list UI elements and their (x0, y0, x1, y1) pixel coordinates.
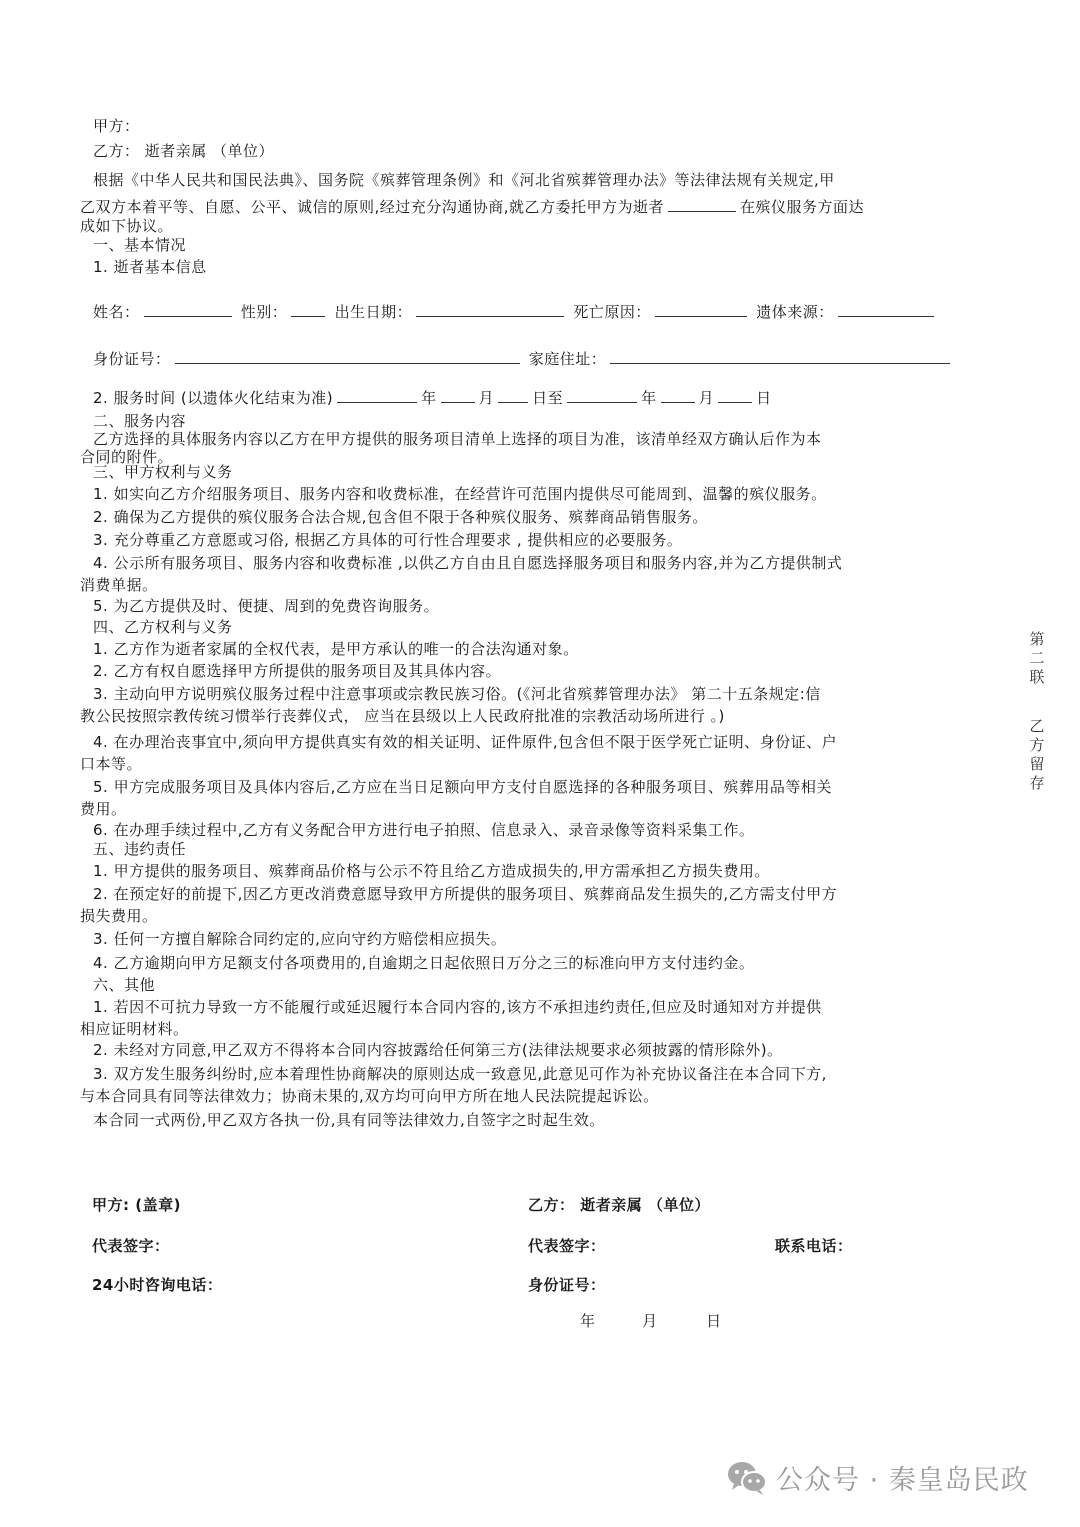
year-label: 年 (421, 389, 437, 407)
section-4-item-4-cont: 口本等。 (80, 754, 142, 774)
section-6-item-2: 2. 未经对方同意,甲乙双方不得将本合同内容披露给任何第三方(法律法规要求必须披… (93, 1040, 783, 1060)
section-3-item-3: 3. 充分尊重乙方意愿或习俗, 根据乙方具体的可行性合理要求 , 提供相应的必要… (93, 530, 682, 550)
side-char: 第 (1028, 630, 1046, 649)
section-3-item-5: 5. 为乙方提供及时、便捷、周到的免费咨询服务。 (93, 596, 439, 616)
section-6-item-1-cont: 相应证明材料。 (80, 1019, 189, 1039)
side-char: 方 (1028, 736, 1046, 755)
day-to-label: 日至 (532, 389, 563, 407)
id-number-blank (175, 347, 520, 364)
intro-line-2-after: 在殡仪服务方面达 (740, 198, 864, 216)
section-3-item-4-cont: 消费单据。 (80, 575, 158, 595)
day-label-2: 日 (756, 389, 772, 407)
sign-id-number: 身份证号： (528, 1275, 606, 1295)
id-number-label: 身份证号： (93, 350, 171, 368)
section-4-item-2: 2. 乙方有权自愿选择甲方所提供的服务项目及其具体内容。 (93, 661, 501, 681)
watermark-text: 公众号 · 秦皇岛民政 (776, 1458, 1029, 1497)
service-time-label: 2. 服务时间 (以遗体火化结束为准) (93, 389, 333, 407)
date-month: 月 (642, 1312, 658, 1330)
hotline-label: 24小时咨询电话： (92, 1275, 222, 1295)
section-2-line-1: 乙方选择的具体服务内容以乙方在甲方提供的服务项目清单上选择的项目为准，该清单经双… (93, 429, 822, 449)
section-6-item-3-cont: 与本合同具有同等法律效力；协商未果的,双方均可向甲方所在地人民法院提起诉讼。 (80, 1086, 659, 1106)
section-5-item-2: 2. 在预定好的前提下,因乙方更改消费意愿导致甲方所提供的服务项目、殡葬商品发生… (93, 884, 837, 904)
sign-rep-b: 代表签字： (528, 1236, 606, 1256)
date-year: 年 (580, 1312, 596, 1330)
sign-date: 年 月 日 (580, 1311, 722, 1331)
section-6-title: 六、其他 (93, 975, 155, 995)
month-label: 月 (479, 389, 495, 407)
end-day-blank (718, 386, 752, 403)
month-label-2: 月 (699, 389, 715, 407)
gender-label: 性别： (241, 303, 288, 321)
section-3-title: 三、甲方权利与义务 (93, 462, 233, 482)
deceased-name-blank (668, 195, 736, 212)
sign-party-b: 乙方： 逝者亲属 （单位） (528, 1195, 710, 1215)
section-3-item-2: 2. 确保为乙方提供的殡仪服务合法合规,包含但不限于各种殡仪服务、殡葬商品销售服… (93, 507, 708, 527)
section-4-item-5-cont: 费用。 (80, 799, 127, 819)
wechat-watermark: 公众号 · 秦皇岛民政 (726, 1458, 1029, 1497)
date-day: 日 (706, 1312, 722, 1330)
closing-statement: 本合同一式两份,甲乙双方各执一份,具有同等法律效力,自签字之时起生效。 (93, 1110, 605, 1130)
birth-date-blank (416, 300, 564, 317)
start-day-blank (498, 386, 528, 403)
contract-document: 甲方： 乙方： 逝者亲属 （单位） 根据《中华人民共和国民法典》、国务院《殡葬管… (0, 0, 1080, 1527)
side-char: 乙 (1028, 717, 1046, 736)
side-char: 留 (1028, 755, 1046, 774)
party-b-label: 乙方： 逝者亲属 （单位） (93, 141, 274, 161)
deceased-info-row-2: 身份证号： 家庭住址： (93, 347, 954, 369)
side-char: 联 (1028, 668, 1046, 687)
section-5-item-4: 4. 乙方逾期向甲方足额支付各项费用的,自逾期之日起依照日万分之三的标准向甲方支… (93, 953, 754, 973)
name-label: 姓名： (93, 303, 140, 321)
sign-rep-a: 代表签字： (92, 1236, 170, 1256)
section-4-title: 四、乙方权利与义务 (93, 617, 233, 637)
section-6-item-3: 3. 双方发生服务纠纷时,应本着理性协商解决的原则达成一致意见,此意见可作为补充… (93, 1064, 827, 1084)
cause-of-death-blank (655, 300, 747, 317)
section-4-item-3: 3. 主动向甲方说明殡仪服务过程中注意事项或宗教民族习俗。(《河北省殡葬管理办法… (93, 684, 821, 704)
section-4-item-6: 6. 在办理手续过程中,乙方有义务配合甲方进行电子拍照、信息录入、录音录像等资料… (93, 820, 754, 840)
section-4-item-1: 1. 乙方作为逝者家属的全权代表，是甲方承认的唯一的合法沟通对象。 (93, 639, 579, 659)
remains-source-blank (838, 300, 934, 317)
party-a-label: 甲方： (93, 116, 140, 136)
sign-party-a: 甲方: (盖章) (92, 1195, 181, 1215)
section-4-item-3-cont: 教公民按照宗教传统习惯举行丧葬仪式， 应当在县级以上人民政府批准的宗教活动场所进… (80, 706, 725, 726)
copy-note-vertical: 第 二 联 乙 方 留 存 (1028, 630, 1046, 793)
section-5-item-1: 1. 甲方提供的服务项目、殡葬商品价格与公示不符且给乙方造成损失的,甲方需承担乙… (93, 861, 770, 881)
cause-of-death-label: 死亡原因： (573, 303, 651, 321)
end-month-blank (661, 386, 695, 403)
section-2-title: 二、服务内容 (93, 411, 186, 431)
intro-line-2: 乙双方本着平等、自愿、公平、诚信的原则,经过充分沟通协商,就乙方委托甲方为逝者在… (80, 195, 864, 217)
section-5-title: 五、违约责任 (93, 839, 186, 859)
section-5-item-2-cont: 损失费用。 (80, 906, 158, 926)
end-year-blank (567, 386, 637, 403)
intro-line-1: 根据《中华人民共和国民法典》、国务院《殡葬管理条例》和《河北省殡葬管理办法》等法… (93, 170, 835, 190)
year-label-2: 年 (641, 389, 657, 407)
home-address-label: 家庭住址： (529, 350, 607, 368)
name-blank (144, 300, 232, 317)
section-1-sub-1: 1. 逝者基本信息 (93, 257, 207, 277)
home-address-blank (610, 347, 950, 364)
intro-line-2-before: 乙双方本着平等、自愿、公平、诚信的原则,经过充分沟通协商,就乙方委托甲方为逝者 (80, 198, 664, 216)
side-char: 二 (1028, 649, 1046, 668)
section-1-title: 一、基本情况 (93, 235, 186, 255)
section-4-item-4: 4. 在办理治丧事宜中,须向甲方提供真实有效的相关证明、证件原件,包含但不限于医… (93, 732, 837, 752)
birth-date-label: 出生日期： (335, 303, 413, 321)
section-5-item-3: 3. 任何一方擅自解除合同约定的,应向守约方赔偿相应损失。 (93, 929, 506, 949)
section-6-item-1: 1. 若因不可抗力导致一方不能履行或延迟履行本合同内容的,该方不承担违约责任,但… (93, 997, 822, 1017)
gender-blank (291, 300, 325, 317)
section-3-item-4: 4. 公示所有服务项目、服务内容和收费标准 ,以供乙方自由且自愿选择服务项目和服… (93, 553, 842, 573)
contact-phone-label: 联系电话： (775, 1236, 853, 1256)
start-year-blank (337, 386, 417, 403)
side-char: 存 (1028, 774, 1046, 793)
intro-line-3: 成如下协议。 (80, 216, 173, 236)
wechat-icon (726, 1460, 768, 1496)
section-3-item-1: 1. 如实向乙方介绍服务项目、服务内容和收费标准，在经营许可范围内提供尽可能周到… (93, 484, 827, 504)
deceased-info-row-1: 姓名： 性别： 出生日期： 死亡原因： 遗体来源： (93, 300, 938, 322)
start-month-blank (441, 386, 475, 403)
remains-source-label: 遗体来源： (756, 303, 834, 321)
section-4-item-5: 5. 甲方完成服务项目及具体内容后,乙方应在当日足额向甲方支付自愿选择的各种服务… (93, 777, 832, 797)
service-time-row: 2. 服务时间 (以遗体火化结束为准)年月日至年月日 (93, 386, 772, 408)
